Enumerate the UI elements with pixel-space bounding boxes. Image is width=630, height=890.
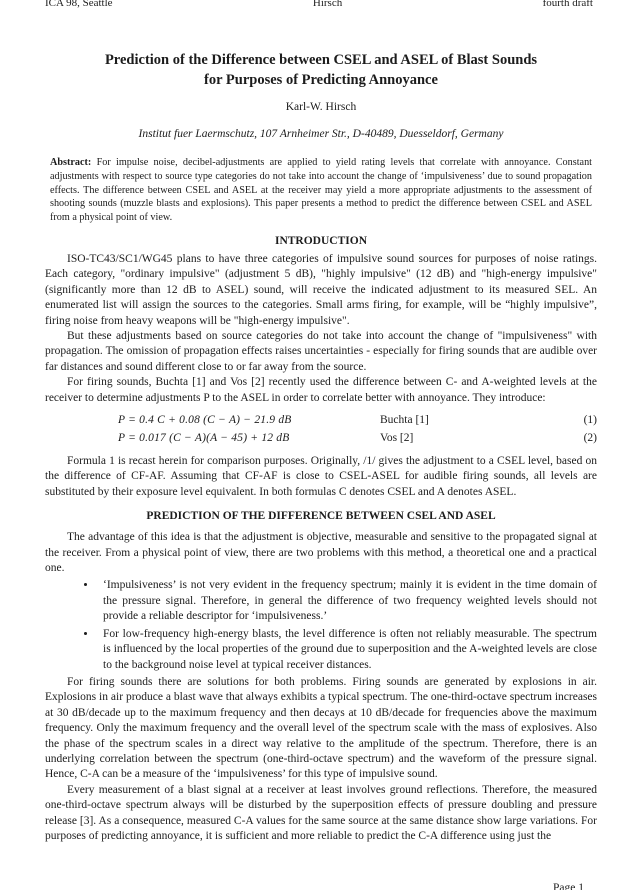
page-content: Prediction of the Difference between CSE…	[45, 0, 597, 844]
author-name: Karl-W. Hirsch	[45, 100, 597, 115]
paper-title-line2: for Purposes of Predicting Annoyance	[45, 70, 597, 90]
equation-2-number: (2)	[584, 429, 597, 447]
equation-2-formula: P = 0.017 (C − A)(A − 45) + 12 dB	[118, 429, 380, 447]
paper-title: Prediction of the Difference between CSE…	[45, 50, 597, 90]
equation-1-formula: P = 0.4 C + 0.08 (C − A) − 21.9 dB	[118, 411, 380, 429]
paper-title-line1: Prediction of the Difference between CSE…	[45, 50, 597, 70]
equation-1-number: (1)	[584, 411, 597, 429]
abstract: Abstract: For impulse noise, decibel-adj…	[50, 156, 592, 225]
abstract-text: For impulse noise, decibel-adjustments a…	[50, 157, 592, 223]
problem-bullet-list: ‘Impulsiveness’ is not very evident in t…	[45, 578, 597, 672]
author-affiliation: Institut fuer Laermschutz, 107 Arnheimer…	[45, 127, 597, 142]
prediction-paragraph-2: For firing sounds there are solutions fo…	[45, 675, 597, 783]
intro-paragraph-4: Formula 1 is recast herein for compariso…	[45, 454, 597, 500]
section-heading-prediction: PREDICTION OF THE DIFFERENCE BETWEEN CSE…	[45, 509, 597, 524]
bullet-item-low-frequency: For low-frequency high-energy blasts, th…	[97, 627, 597, 673]
equation-1-source: Buchta [1]	[380, 411, 510, 429]
equation-block: P = 0.4 C + 0.08 (C − A) − 21.9 dB Bucht…	[45, 411, 597, 447]
intro-paragraph-2: But these adjustments based on source ca…	[45, 329, 597, 375]
equation-2: P = 0.017 (C − A)(A − 45) + 12 dB Vos [2…	[45, 429, 597, 447]
bullet-item-impulsiveness: ‘Impulsiveness’ is not very evident in t…	[97, 578, 597, 624]
prediction-paragraph-3: Every measurement of a blast signal at a…	[45, 783, 597, 845]
abstract-label: Abstract:	[50, 157, 91, 168]
prediction-paragraph-1: The advantage of this idea is that the a…	[45, 530, 597, 576]
paper-page: ICA 98, Seattle Hirsch fourth draft Pred…	[0, 0, 630, 890]
page-number: Page 1	[553, 881, 584, 890]
intro-paragraph-3: For firing sounds, Buchta [1] and Vos [2…	[45, 375, 597, 406]
equation-2-source: Vos [2]	[380, 429, 510, 447]
intro-paragraph-1: ISO-TC43/SC1/WG45 plans to have three ca…	[45, 252, 597, 329]
equation-1: P = 0.4 C + 0.08 (C − A) − 21.9 dB Bucht…	[45, 411, 597, 429]
section-heading-introduction: INTRODUCTION	[45, 234, 597, 249]
